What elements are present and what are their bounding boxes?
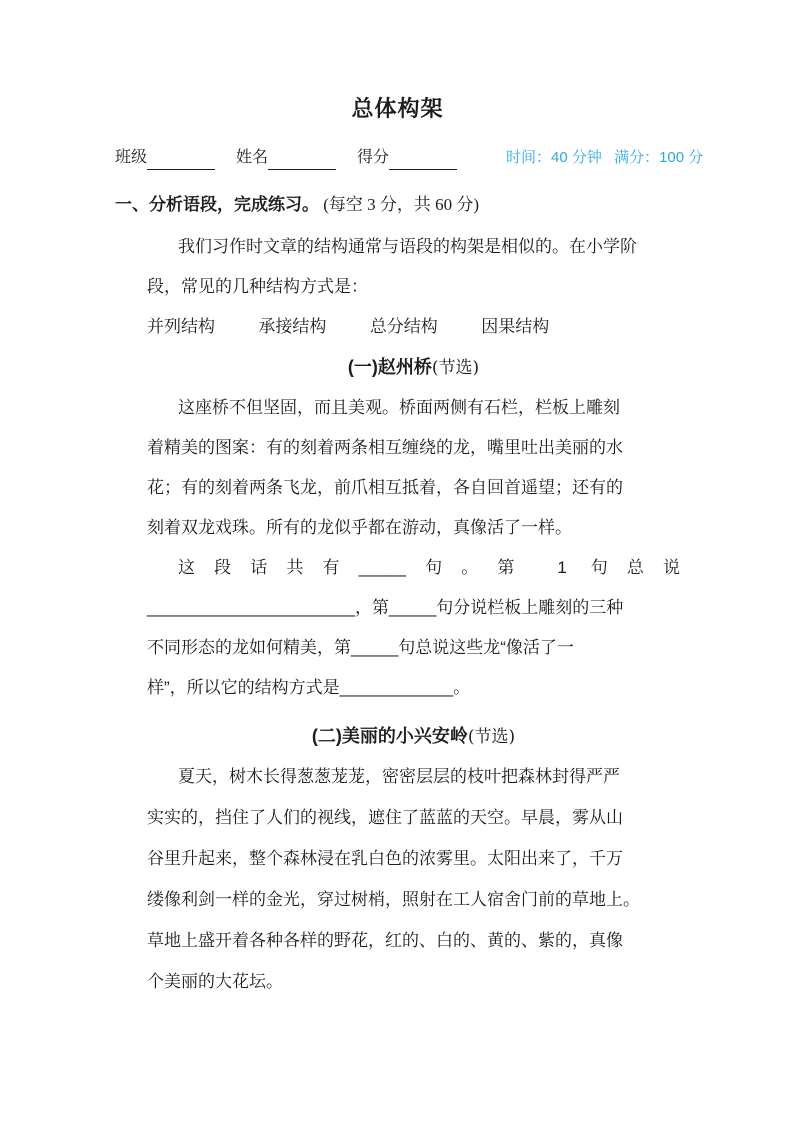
section-1-content: 我们习作时文章的结构通常与语段的构架是相似的。在小学阶 段，常见的几种结构方式是…: [147, 227, 680, 1003]
passage-line: 夏天，树木长得葱葱茏茏，密密层层的枝叶把森林封得严严: [147, 757, 680, 798]
score-field: 得分: [357, 146, 457, 170]
name-field: 姓名: [236, 146, 336, 170]
section-1-score-note: (每空 3 分，共 60 分): [323, 195, 479, 214]
student-info-row: 班级 姓名 得分 时间：40 分钟 满分：100 分: [115, 146, 680, 170]
page-title: 总体构架: [115, 93, 680, 125]
passage-line: 着精美的图案：有的刻着两条相互缠绕的龙，嘴里吐出美丽的水: [147, 428, 680, 468]
passage-2-title: (二)美丽的小兴安岭(节选): [147, 716, 680, 757]
question-line: ______________________，第_____句分说栏板上雕刻的三种: [147, 588, 680, 628]
structure-options-row: 并列结构 承接结构 总分结构 因果结构: [147, 307, 680, 347]
passage-1-title: (一)赵州桥(节选): [147, 347, 680, 388]
passage-line: 谷里升起来，整个森林浸在乳白色的浓雾里。太阳出来了，千万: [147, 839, 680, 880]
exam-info: 时间：40 分钟 满分：100 分: [506, 146, 711, 170]
time-limit-label: 时间：40 分钟: [506, 149, 602, 166]
name-field-blank: [268, 152, 336, 170]
passage-2-title-main: (二)美丽的小兴安岭: [312, 726, 468, 746]
structure-option-cause-effect: 因果结构: [481, 317, 549, 337]
passage-line: 草地上盛开着各种各样的野花，红的、白的、黄的、紫的，真像: [147, 921, 680, 962]
passage-line: 刻着双龙戏珠。所有的龙似乎都在游动，真像活了一样。: [147, 508, 680, 548]
score-field-blank: [389, 152, 457, 170]
passage-line: 个美丽的大花坛。: [147, 962, 680, 1003]
class-field-blank: [147, 152, 215, 170]
question-line: 样”，所以它的结构方式是____________。: [147, 668, 680, 708]
passage-line: 这座桥不但坚固，而且美观。桥面两侧有石栏，栏板上雕刻: [147, 388, 680, 428]
class-field-label: 班级: [115, 146, 147, 170]
passage-1-text: 这座桥不但坚固，而且美观。桥面两侧有石栏，栏板上雕刻 着精美的图案：有的刻着两条…: [147, 388, 680, 548]
score-field-label: 得分: [357, 146, 389, 170]
question-1-text: 这段话共有_____句。第 1 句总说 ____________________…: [147, 548, 680, 708]
structure-option-parallel: 并列结构: [147, 317, 215, 337]
passage-line: 实实的，挡住了人们的视线，遮住了蓝蓝的天空。早晨，雾从山: [147, 798, 680, 839]
section-1-heading: 一、分析语段，完成练习。 (每空 3 分，共 60 分): [115, 193, 680, 217]
name-field-label: 姓名: [236, 146, 268, 170]
full-score-label: 满分：100 分: [614, 149, 703, 166]
passage-2-text: 夏天，树木长得葱葱茏茏，密密层层的枝叶把森林封得严严 实实的，挡住了人们的视线，…: [147, 757, 680, 1003]
structure-option-sequence: 承接结构: [258, 317, 326, 337]
passage-1-title-main: (一)赵州桥: [348, 357, 432, 377]
intro-line: 我们习作时文章的结构通常与语段的构架是相似的。在小学阶: [147, 227, 680, 267]
structure-option-general-specific: 总分结构: [370, 317, 438, 337]
question-line: 不同形态的龙如何精美，第_____句总说这些龙“像活了一: [147, 628, 680, 668]
worksheet-page: 总体构架 班级 姓名 得分 时间：40 分钟 满分：100 分 一、分析语段，完…: [0, 0, 793, 1003]
class-field: 班级: [115, 146, 215, 170]
passage-line: 缕像利剑一样的金光，穿过树梢，照射在工人宿舍门前的草地上。: [147, 880, 680, 921]
passage-2-title-note: (节选): [468, 727, 515, 747]
intro-line: 段，常见的几种结构方式是：: [147, 267, 680, 307]
passage-line: 花；有的刻着两条飞龙，前爪相互抵着，各自回首遥望；还有的: [147, 468, 680, 508]
section-1-title: 一、分析语段，完成练习。: [115, 195, 319, 214]
question-line: 这段话共有_____句。第 1 句总说: [147, 548, 680, 588]
passage-1-title-note: (节选): [432, 358, 479, 378]
